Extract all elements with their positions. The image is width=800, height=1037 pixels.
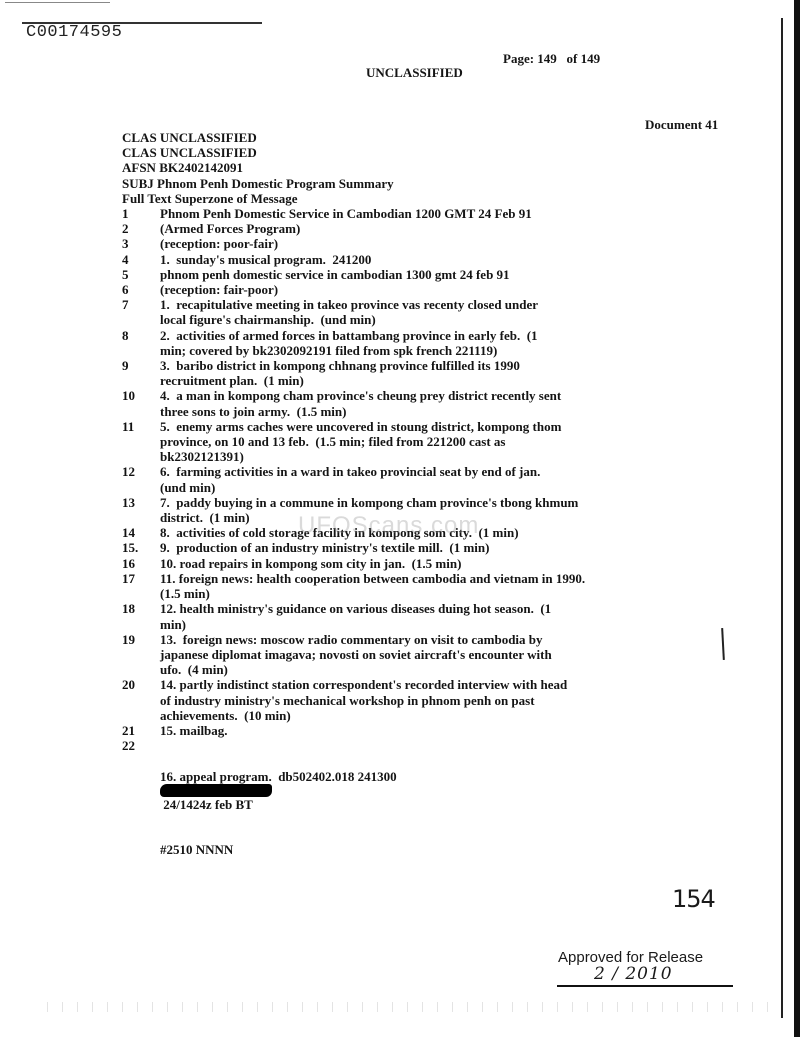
control-number: C00174595 xyxy=(26,23,122,42)
line-text-segment: 16. appeal program. db502402.018 241300 xyxy=(160,769,400,784)
line-text-segment: 6. farming activities in a ward in takeo… xyxy=(160,464,742,479)
line-text-segment: of industry ministry's mechanical worksh… xyxy=(160,693,742,708)
line-number: 3 xyxy=(122,236,152,251)
header-field: Full Text Superzone of Message xyxy=(122,191,742,206)
redaction-block xyxy=(160,784,272,797)
line-number: 4 xyxy=(122,252,152,267)
list-item: 15.9. production of an industry ministry… xyxy=(122,540,742,555)
line-text-segment: 1. sunday's musical program. 241200 xyxy=(160,252,742,267)
release-stamp-date: 2 / 2010 xyxy=(594,964,673,984)
line-number: 16 xyxy=(122,556,152,571)
message-body: CLAS UNCLASSIFIED CLAS UNCLASSIFIED AFSN… xyxy=(122,130,742,888)
list-item: 126. farming activities in a ward in tak… xyxy=(122,464,742,494)
line-text-segment: bk2302121391) xyxy=(160,449,742,464)
list-item: 104. a man in kompong cham province's ch… xyxy=(122,388,742,418)
line-number: 19 xyxy=(122,632,152,647)
list-item: 3(reception: poor-fair) xyxy=(122,236,742,251)
line-number: 2 xyxy=(122,221,152,236)
line-text-segment: 3. baribo district in kompong chhnang pr… xyxy=(160,358,742,373)
line-text: 5. enemy arms caches were uncovered in s… xyxy=(160,419,742,465)
header-field: SUBJ Phnom Penh Domestic Program Summary xyxy=(122,176,742,191)
line-text-segment: 11. foreign news: health cooperation bet… xyxy=(160,571,742,586)
list-item: 41. sunday's musical program. 241200 xyxy=(122,252,742,267)
list-item: 1812. health ministry's guidance on vari… xyxy=(122,601,742,631)
list-item: 2(Armed Forces Program) xyxy=(122,221,742,236)
line-text: (reception: poor-fair) xyxy=(160,236,742,251)
line-text: 1. recapitulative meeting in takeo provi… xyxy=(160,297,742,327)
line-text: 9. production of an industry ministry's … xyxy=(160,540,742,555)
line-number: 5 xyxy=(122,267,152,282)
header-field: CLAS UNCLASSIFIED xyxy=(122,130,742,145)
line-number: 8 xyxy=(122,328,152,343)
line-number: 7 xyxy=(122,297,152,312)
line-text: (Armed Forces Program) xyxy=(160,221,742,236)
line-number: 21 xyxy=(122,723,152,738)
line-text: 7. paddy buying in a commune in kompong … xyxy=(160,495,742,525)
line-number: 22 xyxy=(122,738,152,753)
line-text-segment: (Armed Forces Program) xyxy=(160,221,742,236)
line-text: Phnom Penh Domestic Service in Cambodian… xyxy=(160,206,742,221)
line-text-segment: 15. mailbag. xyxy=(160,723,742,738)
line-number: 13 xyxy=(122,495,152,510)
line-number: 9 xyxy=(122,358,152,373)
line-text-segment: 4. a man in kompong cham province's cheu… xyxy=(160,388,742,403)
list-item: 5phnom penh domestic service in cambodia… xyxy=(122,267,742,282)
line-text-segment: min) xyxy=(160,617,742,632)
line-number: 10 xyxy=(122,388,152,403)
list-item: 1711. foreign news: health cooperation b… xyxy=(122,571,742,601)
scan-noise xyxy=(40,1002,770,1012)
line-text-segment: achievements. (10 min) xyxy=(160,708,742,723)
list-item: 2115. mailbag. xyxy=(122,723,742,738)
line-text: 2. activities of armed forces in battamb… xyxy=(160,328,742,358)
line-number: 6 xyxy=(122,282,152,297)
line-text-segment: province, on 10 and 13 feb. (1.5 min; fi… xyxy=(160,434,742,449)
line-text-segment: japanese diplomat imagava; novosti on so… xyxy=(160,647,742,662)
page-border-line xyxy=(781,18,783,1018)
line-text: 14. partly indistinct station correspond… xyxy=(160,677,742,723)
line-text-segment: (und min) xyxy=(160,480,742,495)
line-text-segment: Phnom Penh Domestic Service in Cambodian… xyxy=(160,206,742,221)
document-page: C00174595 Page: 149 of 149 UNCLASSIFIED … xyxy=(0,0,800,1037)
list-item: 93. baribo district in kompong chhnang p… xyxy=(122,358,742,388)
line-text-segment: 8. activities of cold storage facility i… xyxy=(160,525,742,540)
list-item: 115. enemy arms caches were uncovered in… xyxy=(122,419,742,465)
line-text: 11. foreign news: health cooperation bet… xyxy=(160,571,742,601)
line-text: 6. farming activities in a ward in takeo… xyxy=(160,464,742,494)
line-text: 8. activities of cold storage facility i… xyxy=(160,525,742,540)
line-text-segment: 1. recapitulative meeting in takeo provi… xyxy=(160,297,742,312)
line-text-segment: 14. partly indistinct station correspond… xyxy=(160,677,742,692)
list-item: 1Phnom Penh Domestic Service in Cambodia… xyxy=(122,206,742,221)
list-item: 71. recapitulative meeting in takeo prov… xyxy=(122,297,742,327)
numbered-lines: 1Phnom Penh Domestic Service in Cambodia… xyxy=(122,206,742,738)
line-text-segment: phnom penh domestic service in cambodian… xyxy=(160,267,742,282)
line-number: 20 xyxy=(122,677,152,692)
line-text-segment: #2510 NNNN xyxy=(160,842,742,857)
line-text: 10. road repairs in kompong som city in … xyxy=(160,556,742,571)
line-text-segment: (reception: poor-fair) xyxy=(160,236,742,251)
line-text-segment: three sons to join army. (1.5 min) xyxy=(160,404,742,419)
line-text-segment: 10. road repairs in kompong som city in … xyxy=(160,556,742,571)
line-text: 12. health ministry's guidance on variou… xyxy=(160,601,742,631)
line-number: 15. xyxy=(122,540,152,555)
line-text: 4. a man in kompong cham province's cheu… xyxy=(160,388,742,418)
line-text: 3. baribo district in kompong chhnang pr… xyxy=(160,358,742,388)
line-text: phnom penh domestic service in cambodian… xyxy=(160,267,742,282)
line-text-segment: (reception: fair-poor) xyxy=(160,282,742,297)
line-text-segment: (1.5 min) xyxy=(160,586,742,601)
line-text: 16. appeal program. db502402.018 241300 … xyxy=(160,738,742,888)
line-text-segment: recruitment plan. (1 min) xyxy=(160,373,742,388)
line-text-segment: ufo. (4 min) xyxy=(160,662,742,677)
line-text-segment: 13. foreign news: moscow radio commentar… xyxy=(160,632,742,647)
line-number: 17 xyxy=(122,571,152,586)
line-number: 1 xyxy=(122,206,152,221)
line-text: 1. sunday's musical program. 241200 xyxy=(160,252,742,267)
header-field: CLAS UNCLASSIFIED xyxy=(122,145,742,160)
list-item: 148. activities of cold storage facility… xyxy=(122,525,742,540)
line-text-segment: 2. activities of armed forces in battamb… xyxy=(160,328,742,343)
list-item: 22 16. appeal program. db502402.018 2413… xyxy=(122,738,742,888)
line-number: 11 xyxy=(122,419,152,434)
list-item: 1610. road repairs in kompong som city i… xyxy=(122,556,742,571)
line-text: 15. mailbag. xyxy=(160,723,742,738)
list-item: 82. activities of armed forces in battam… xyxy=(122,328,742,358)
scan-edge-border xyxy=(794,0,800,1037)
line-text-segment: 12. health ministry's guidance on variou… xyxy=(160,601,742,616)
scan-artifact-line xyxy=(5,2,110,3)
line-text: 13. foreign news: moscow radio commentar… xyxy=(160,632,742,678)
line-text-segment: 5. enemy arms caches were uncovered in s… xyxy=(160,419,742,434)
line-number: 12 xyxy=(122,464,152,479)
line-text-segment: 9. production of an industry ministry's … xyxy=(160,540,742,555)
list-item: 137. paddy buying in a commune in kompon… xyxy=(122,495,742,525)
line-text-segment: district. (1 min) xyxy=(160,510,742,525)
line-number: 14 xyxy=(122,525,152,540)
release-stamp-underline xyxy=(557,985,733,987)
line-text-segment: 24/1424z feb BT xyxy=(160,797,253,812)
line-text: (reception: fair-poor) xyxy=(160,282,742,297)
line-text-segment: min; covered by bk2302092191 filed from … xyxy=(160,343,742,358)
handwritten-page-number: 154 xyxy=(672,885,715,913)
classification-banner: UNCLASSIFIED xyxy=(366,65,463,81)
header-field: AFSN BK2402142091 xyxy=(122,160,742,175)
line-text-segment: 7. paddy buying in a commune in kompong … xyxy=(160,495,742,510)
list-item: 1913. foreign news: moscow radio comment… xyxy=(122,632,742,678)
line-number: 18 xyxy=(122,601,152,616)
list-item: 2014. partly indistinct station correspo… xyxy=(122,677,742,723)
list-item: 6(reception: fair-poor) xyxy=(122,282,742,297)
page-indicator: Page: 149 of 149 xyxy=(503,51,600,67)
line-text-segment: local figure's chairmanship. (und min) xyxy=(160,312,742,327)
header-fields: CLAS UNCLASSIFIED CLAS UNCLASSIFIED AFSN… xyxy=(122,130,742,206)
